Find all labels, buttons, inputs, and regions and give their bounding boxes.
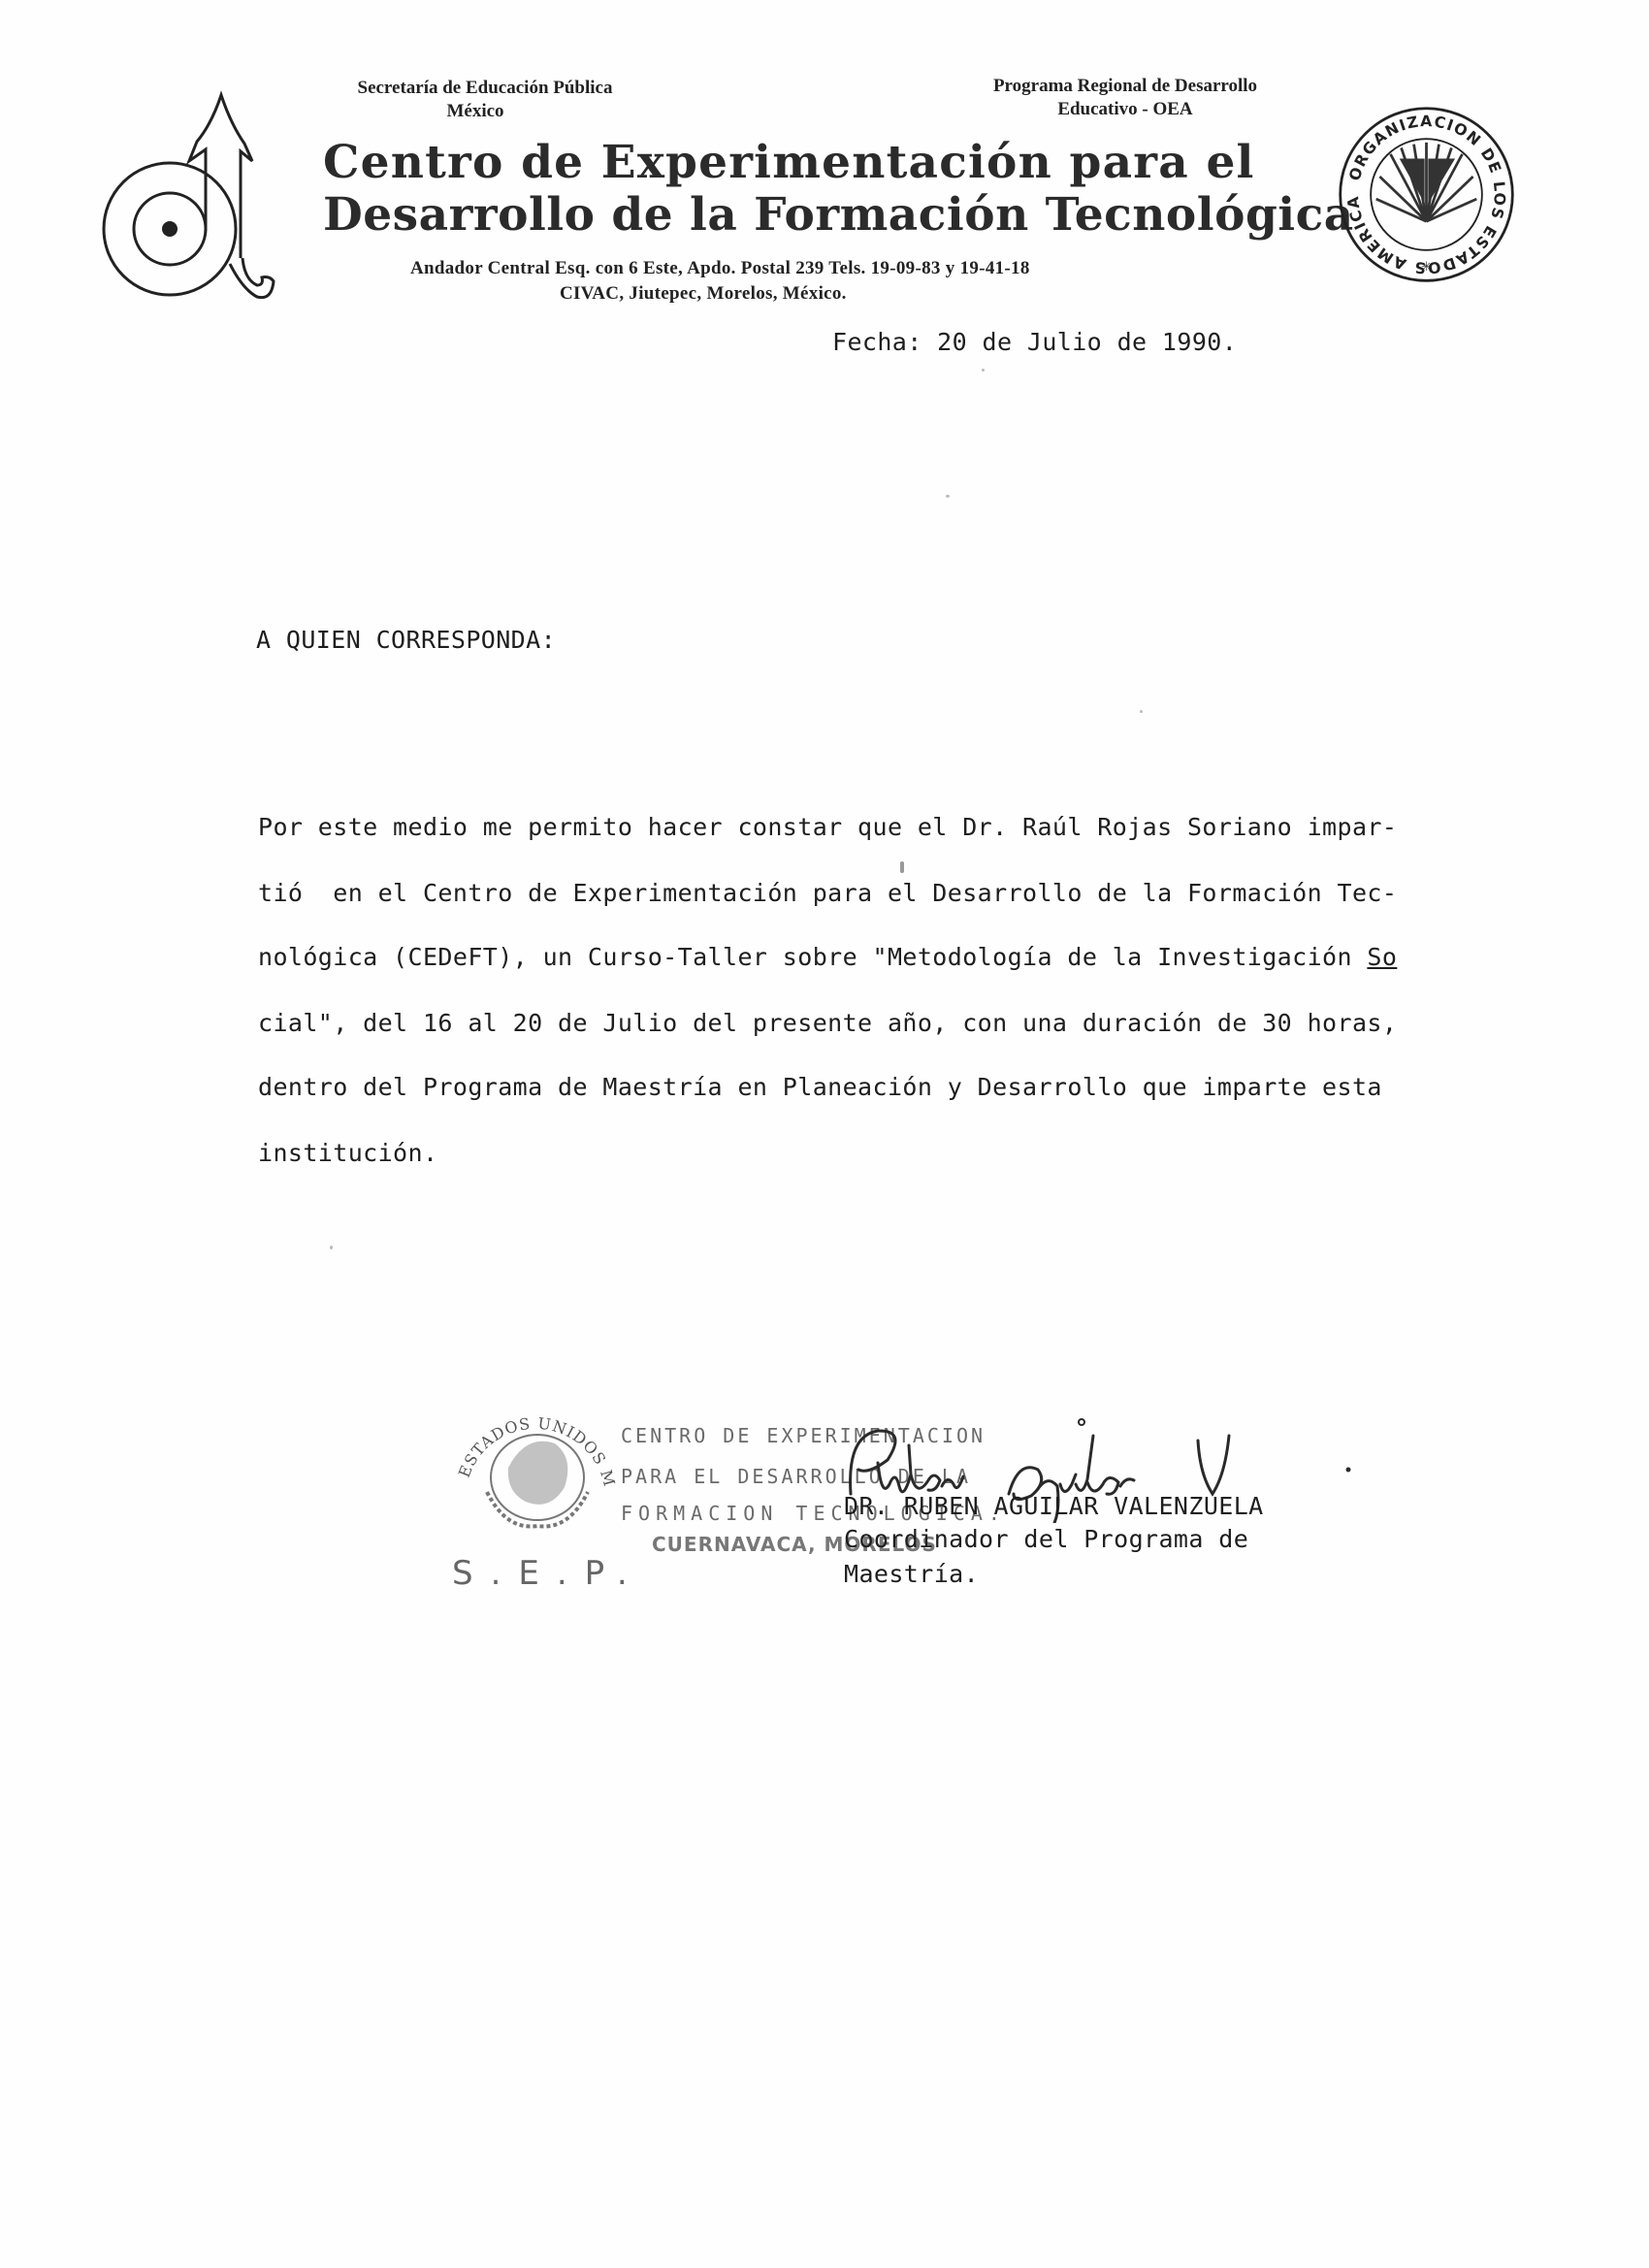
scan-speck (1140, 710, 1143, 713)
oea-program-subheader: Educativo - OEA (946, 99, 1305, 120)
sep-header: Secretaría de Educación Pública (320, 78, 650, 99)
signer-name: DR. RUBEN AGUILAR VALENZUELA (844, 1492, 1264, 1520)
scan-speck (982, 369, 985, 372)
body-line: nológica (CEDeFT), un Curso-Taller sobre… (258, 943, 1397, 971)
letter-date: Fecha: 20 de Julio de 1990. (832, 328, 1237, 356)
svg-text:✳: ✳ (1421, 259, 1432, 274)
body-line: Por este medio me permito hacer constar … (258, 813, 1397, 841)
institution-title-line1: Centro de Experimentación para el (323, 136, 1255, 189)
body-line: institución. (258, 1139, 437, 1167)
body-line-text: nológica (CEDeFT), un Curso-Taller sobre… (258, 943, 1367, 971)
salutation: A QUIEN CORRESPONDA: (256, 626, 556, 654)
scan-speck (946, 495, 950, 498)
body-line: dentro del Programa de Maestría en Plane… (258, 1073, 1382, 1101)
body-line: tió en el Centro de Experimentación para… (258, 879, 1397, 907)
cedeft-logo-icon (97, 85, 291, 304)
underlined-fragment: So (1367, 943, 1397, 971)
institution-title-line2: Desarrollo de la Formación Tecnológica (323, 188, 1354, 242)
scan-speck (900, 861, 904, 873)
oea-seal-icon: ORGANIZACION DE LOS ESTADOS AMERICANOS ✳ (1337, 105, 1516, 284)
sep-country: México (320, 101, 630, 122)
signer-role: Maestría. (844, 1560, 979, 1588)
address-line2: CIVAC, Jiutepec, Morelos, México. (560, 283, 847, 305)
sep-initials: S.E.P. (452, 1554, 645, 1593)
mexican-coat-of-arms-icon: ESTADOS UNIDOS MEXICANOS (448, 1376, 623, 1540)
oea-program-header: Programa Regional de Desarrollo (946, 76, 1305, 97)
letter-page: Secretaría de Educación Pública México P… (0, 0, 1649, 2268)
scan-speck (330, 1246, 333, 1249)
body-line: cial", del 16 al 20 de Julio del present… (258, 1009, 1397, 1037)
signer-role: Coordinador del Programa de (844, 1525, 1248, 1553)
address-line1: Andador Central Esq. con 6 Este, Apdo. P… (410, 258, 1030, 279)
